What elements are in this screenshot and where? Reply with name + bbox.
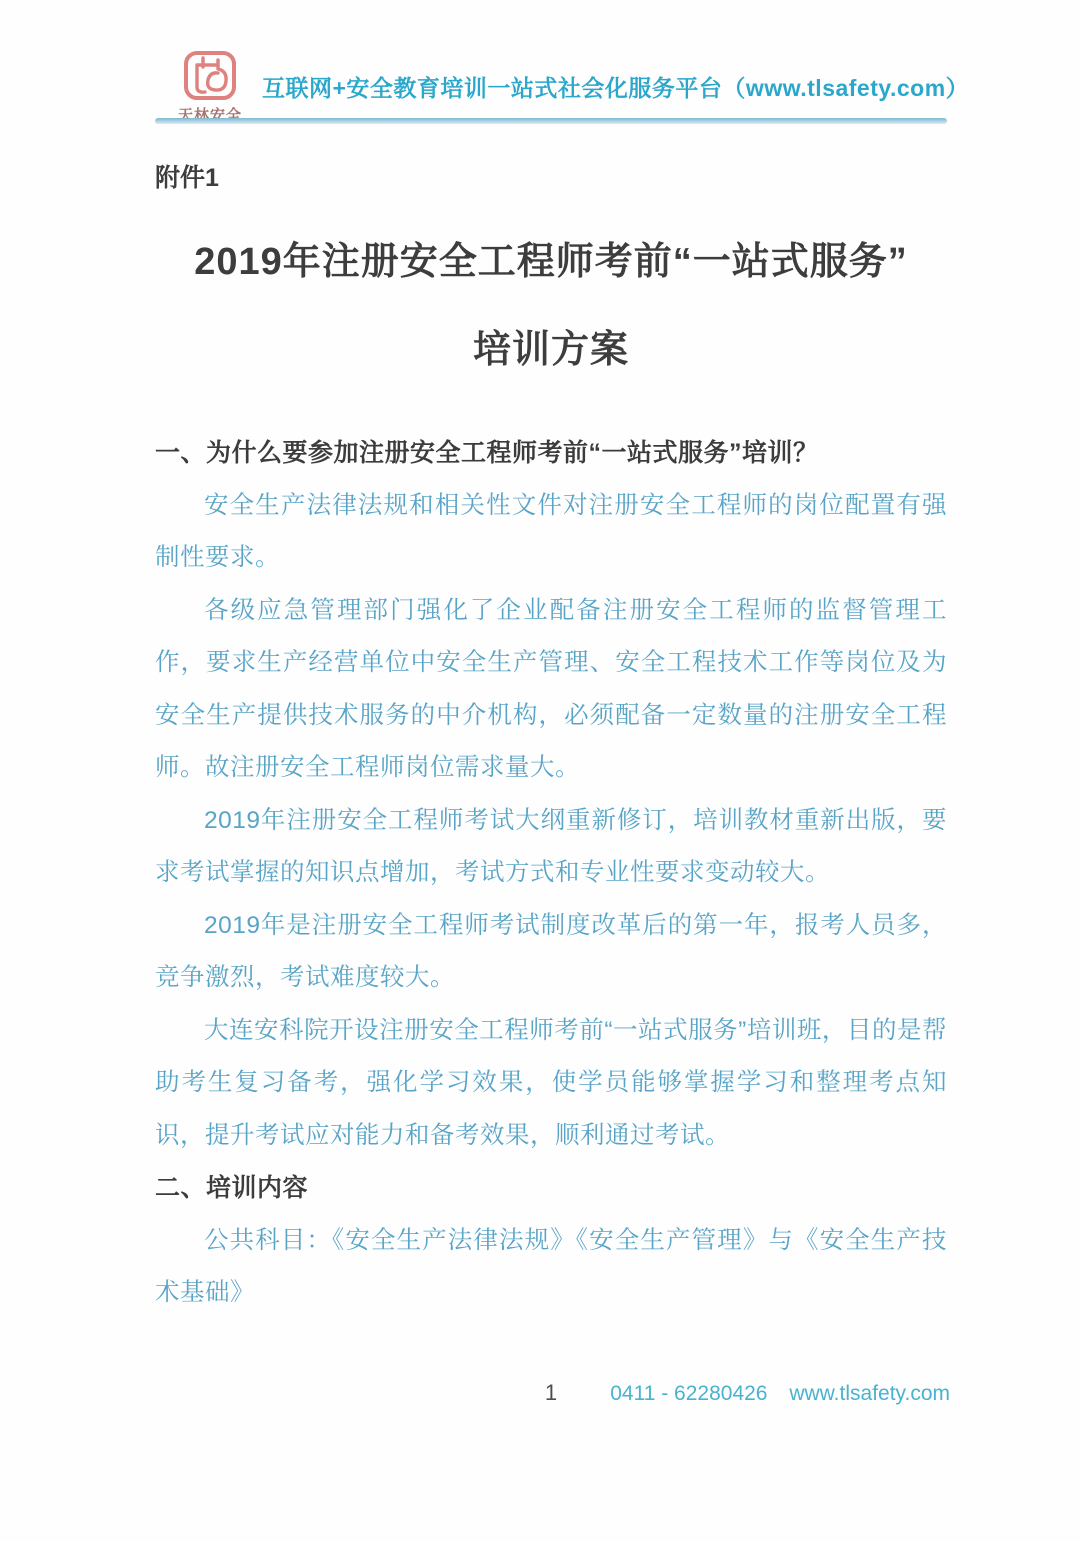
platform-title: 互联网+安全教育培训一站式社会化服务平台（www.tlsafety.com）: [262, 70, 942, 103]
header-divider: [155, 118, 947, 124]
document-title-line1: 2019年注册安全工程师考前“一站式服务”: [155, 230, 947, 285]
footer-phone: 0411 - 62280426: [610, 1382, 767, 1405]
section-1-paragraph: 大连安科院开设注册安全工程师考前“一站式服务”培训班，目的是帮助考生复习备考，强…: [155, 1005, 947, 1163]
company-logo: 天林安全: [162, 50, 258, 125]
section-1-paragraph: 各级应急管理部门强化了企业配备注册安全工程师的监督管理工作，要求生产经营单位中安…: [155, 585, 947, 795]
attachment-label: 附件1: [155, 158, 219, 194]
section-2-heading: 二、培训内容: [155, 1162, 947, 1215]
footer-website: www.tlsafety.com: [789, 1382, 950, 1405]
section-2-paragraph: 公共科目：《安全生产法律法规》《安全生产管理》与《安全生产技术基础》: [155, 1215, 947, 1320]
section-1-paragraph: 2019年是注册安全工程师考试制度改革后的第一年，报考人员多，竞争激烈，考试难度…: [155, 900, 947, 1005]
section-1-heading: 一、为什么要参加注册安全工程师考前“一站式服务”培训？: [155, 427, 947, 480]
document-page: 天林安全 互联网+安全教育培训一站式社会化服务平台（www.tlsafety.c…: [0, 0, 1080, 1541]
section-1-paragraph: 安全生产法律法规和相关性文件对注册安全工程师的岗位配置有强制性要求。: [155, 480, 947, 585]
document-body: 一、为什么要参加注册安全工程师考前“一站式服务”培训？ 安全生产法律法规和相关性…: [155, 427, 947, 1320]
document-title-line2: 培训方案: [155, 318, 947, 373]
section-1-paragraph: 2019年注册安全工程师考试大纲重新修订，培训教材重新出版，要求考试掌握的知识点…: [155, 795, 947, 900]
logo-seal-icon: [182, 50, 238, 102]
footer-contact: 0411 - 62280426 www.tlsafety.com: [610, 1382, 950, 1406]
